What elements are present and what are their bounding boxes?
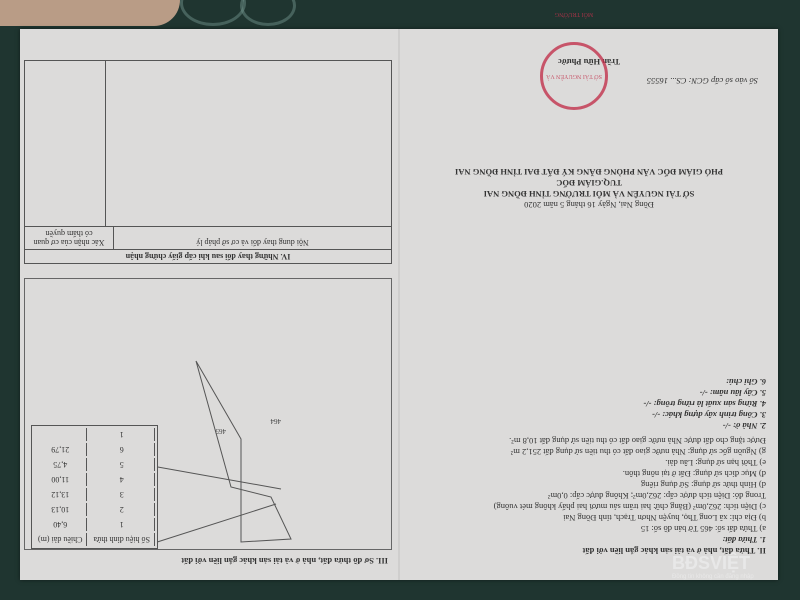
- signer-title: PHÓ GIÁM ĐỐC VĂN PHÒNG ĐĂNG KÝ ĐẤT ĐAI T…: [400, 166, 778, 177]
- text-line: 3. Công trình xây dựng khác: -/-: [494, 409, 766, 420]
- section-changes: IV. Những thay đổi sau khi cấp giấy chứn…: [24, 60, 392, 264]
- text-line: c) Diện tích: 262,0m² (Bằng chữ: hai tră…: [494, 501, 766, 512]
- text-line: 2. Nhà ở: -/-: [494, 420, 766, 431]
- changes-col: Nội dung thay đổi và cơ sở pháp lý: [113, 227, 391, 249]
- section-land-info: II. Thửa đất, nhà ở và tài sản khác gắn …: [494, 376, 766, 556]
- asset-items: 2. Nhà ở: -/-3. Công trình xây dựng khác…: [494, 376, 766, 431]
- text-line: b) Địa chỉ: xã Long Thọ, huyện Nhơn Trạc…: [494, 512, 766, 523]
- right-page: III. Sơ đồ thửa đất, nhà ở và tài sản kh…: [20, 29, 398, 580]
- red-stamp: SỞ TÀI NGUYÊN VÀ MÔI TRƯỜNG: [540, 42, 608, 110]
- parcel-diagram: 465 464 Số hiệu đỉnh thửaChiều dài (m)16…: [24, 278, 392, 550]
- text-line: e) Thời hạn sử dụng: Lâu dài.: [494, 457, 766, 468]
- svg-text:465: 465: [215, 427, 226, 435]
- parcel-lines: a) Thửa đất số: 465 Tờ bản đồ số: 15b) Đ…: [494, 435, 766, 534]
- text-line: Trong đó: Diện tích được cấp: 262,0m²; K…: [494, 490, 766, 501]
- text-line: a) Thửa đất số: 465 Tờ bản đồ số: 15: [494, 523, 766, 534]
- issuing-org: SỞ TÀI NGUYÊN VÀ MÔI TRƯỜNG TỈNH ĐỒNG NA…: [400, 188, 778, 199]
- text-line: 6. Ghi chú:: [494, 376, 766, 387]
- text-line: 4. Rừng sản xuất là rừng trồng: -/-: [494, 398, 766, 409]
- tuq: TUQ.GIÁM ĐỐC: [400, 177, 778, 188]
- left-page: II. Thửa đất, nhà ở và tài sản khác gắn …: [400, 29, 778, 580]
- text-line: d) Hình thức sử dụng: Sử dụng riêng: [494, 479, 766, 490]
- watermark-logo: BĐSVIỆTĐồng tin không cần đăng nhập: [672, 553, 754, 580]
- text-line: Được tặng cho đất được Nhà nước giao đất…: [494, 435, 766, 446]
- text-line: 5. Cây lâu năm: -/-: [494, 387, 766, 398]
- text-line: g) Nguồn gốc sử dụng: Nhà nước giao đất …: [494, 446, 766, 457]
- fold-line: [398, 29, 400, 580]
- certificate-page: II. Thửa đất, nhà ở và tài sản khác gắn …: [20, 29, 778, 580]
- place-date: Đồng Nai, Ngày 16 tháng 5 năm 2020: [400, 199, 778, 210]
- parcel-heading: 1. Thửa đất:: [494, 534, 766, 545]
- confirm-col: Xác nhận của cơ quan có thẩm quyền: [25, 227, 113, 249]
- text-line: đ) Mục đích sử dụng: Đất ở tại nông thôn…: [494, 468, 766, 479]
- vertex-table: Số hiệu đỉnh thửaChiều dài (m)16,40210,1…: [31, 425, 158, 549]
- section3-title: III. Sơ đồ thửa đất, nhà ở và tài sản kh…: [181, 555, 388, 566]
- svg-text:464: 464: [270, 417, 281, 425]
- section4-title: IV. Những thay đổi sau khi cấp giấy chứn…: [25, 249, 391, 263]
- document-rotated: II. Thửa đất, nhà ở và tài sản khác gắn …: [0, 0, 800, 600]
